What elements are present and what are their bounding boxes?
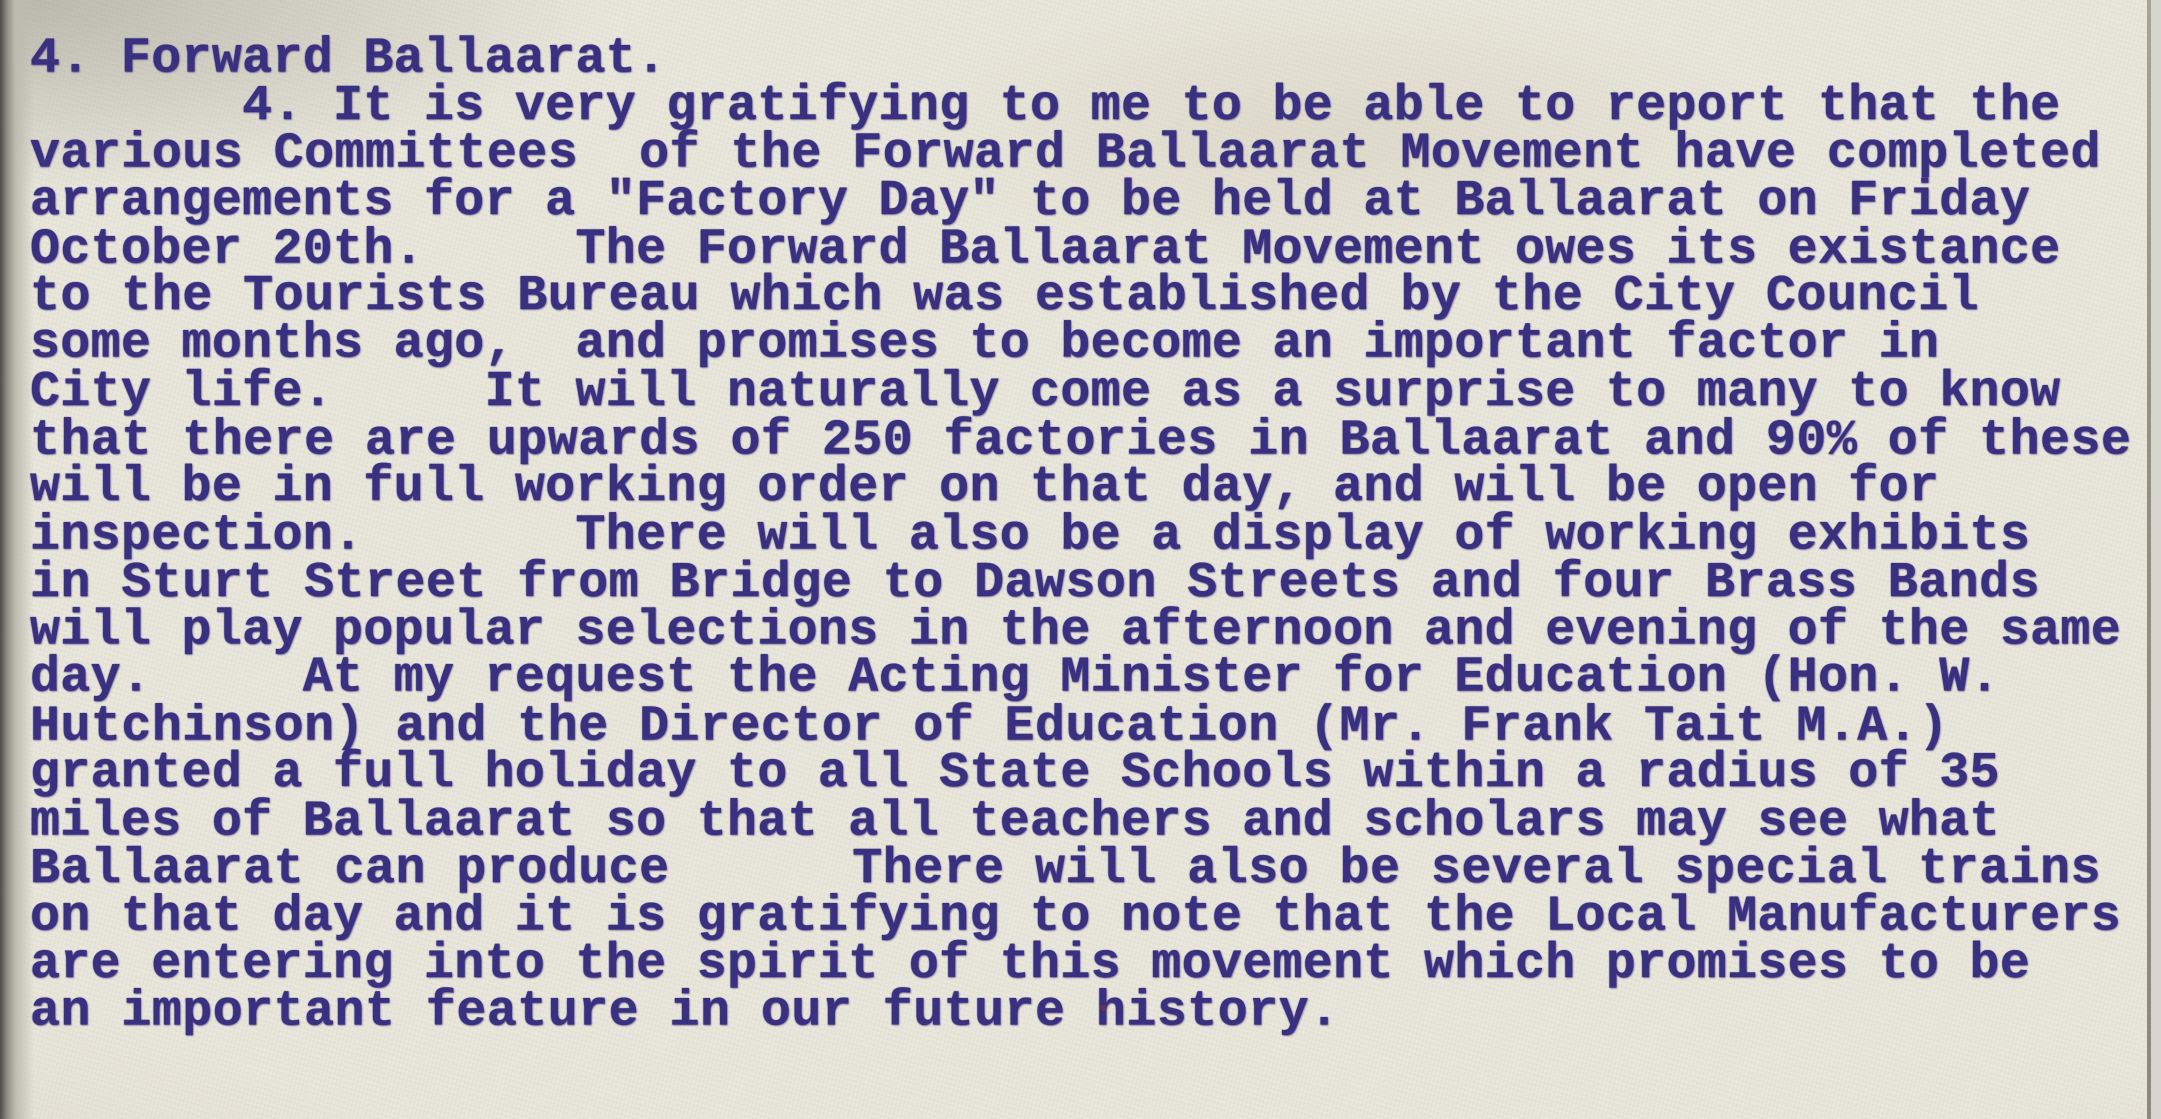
typewritten-line: in Sturt Street from Bridge to Dawson St… <box>30 560 2140 608</box>
typewritten-line: that there are upwards of 250 factories … <box>30 417 2140 465</box>
typewritten-line: various Committees of the Forward Ballaa… <box>30 131 2140 179</box>
typewritten-line: an important feature in our future histo… <box>30 988 2140 1036</box>
typewritten-line: granted a full holiday to all State Scho… <box>30 750 2140 798</box>
typewritten-line: arrangements for a "Factory Day" to be h… <box>30 178 2140 226</box>
ink-speck <box>1100 1005 1107 1011</box>
section-heading: 4. Forward Ballaarat. <box>30 36 2140 84</box>
typewritten-line: 4. It is very gratifying to me to be abl… <box>30 83 2140 131</box>
scan-background-right <box>2151 0 2161 1119</box>
typewritten-line: October 20th. The Forward Ballaarat Move… <box>30 226 2140 274</box>
typewritten-line: City life. It will naturally come as a s… <box>30 369 2140 417</box>
scan-gutter-left-edge <box>0 0 34 1119</box>
typewritten-line: to the Tourists Bureau which was establi… <box>30 273 2140 321</box>
typewritten-line: inspection. There will also be a display… <box>30 512 2140 560</box>
typewritten-line: day. At my request the Acting Minister f… <box>30 654 2140 702</box>
typewritten-line: will play popular selections in the afte… <box>30 608 2140 656</box>
typewritten-line: Ballaarat can produce There will also be… <box>30 846 2140 894</box>
typewritten-line: will be in full working order on that da… <box>30 464 2140 512</box>
typewritten-line: are entering into the spirit of this mov… <box>30 941 2140 989</box>
typewritten-text-block: 4. Forward Ballaarat. 4. It is very grat… <box>30 35 2140 1036</box>
typewritten-line: some months ago, and promises to become … <box>30 321 2140 369</box>
typewritten-line: on that day and it is gratifying to note… <box>30 894 2140 942</box>
typewritten-line: Hutchinson) and the Director of Educatio… <box>30 703 2140 751</box>
typewritten-line: miles of Ballaarat so that all teachers … <box>30 799 2140 847</box>
